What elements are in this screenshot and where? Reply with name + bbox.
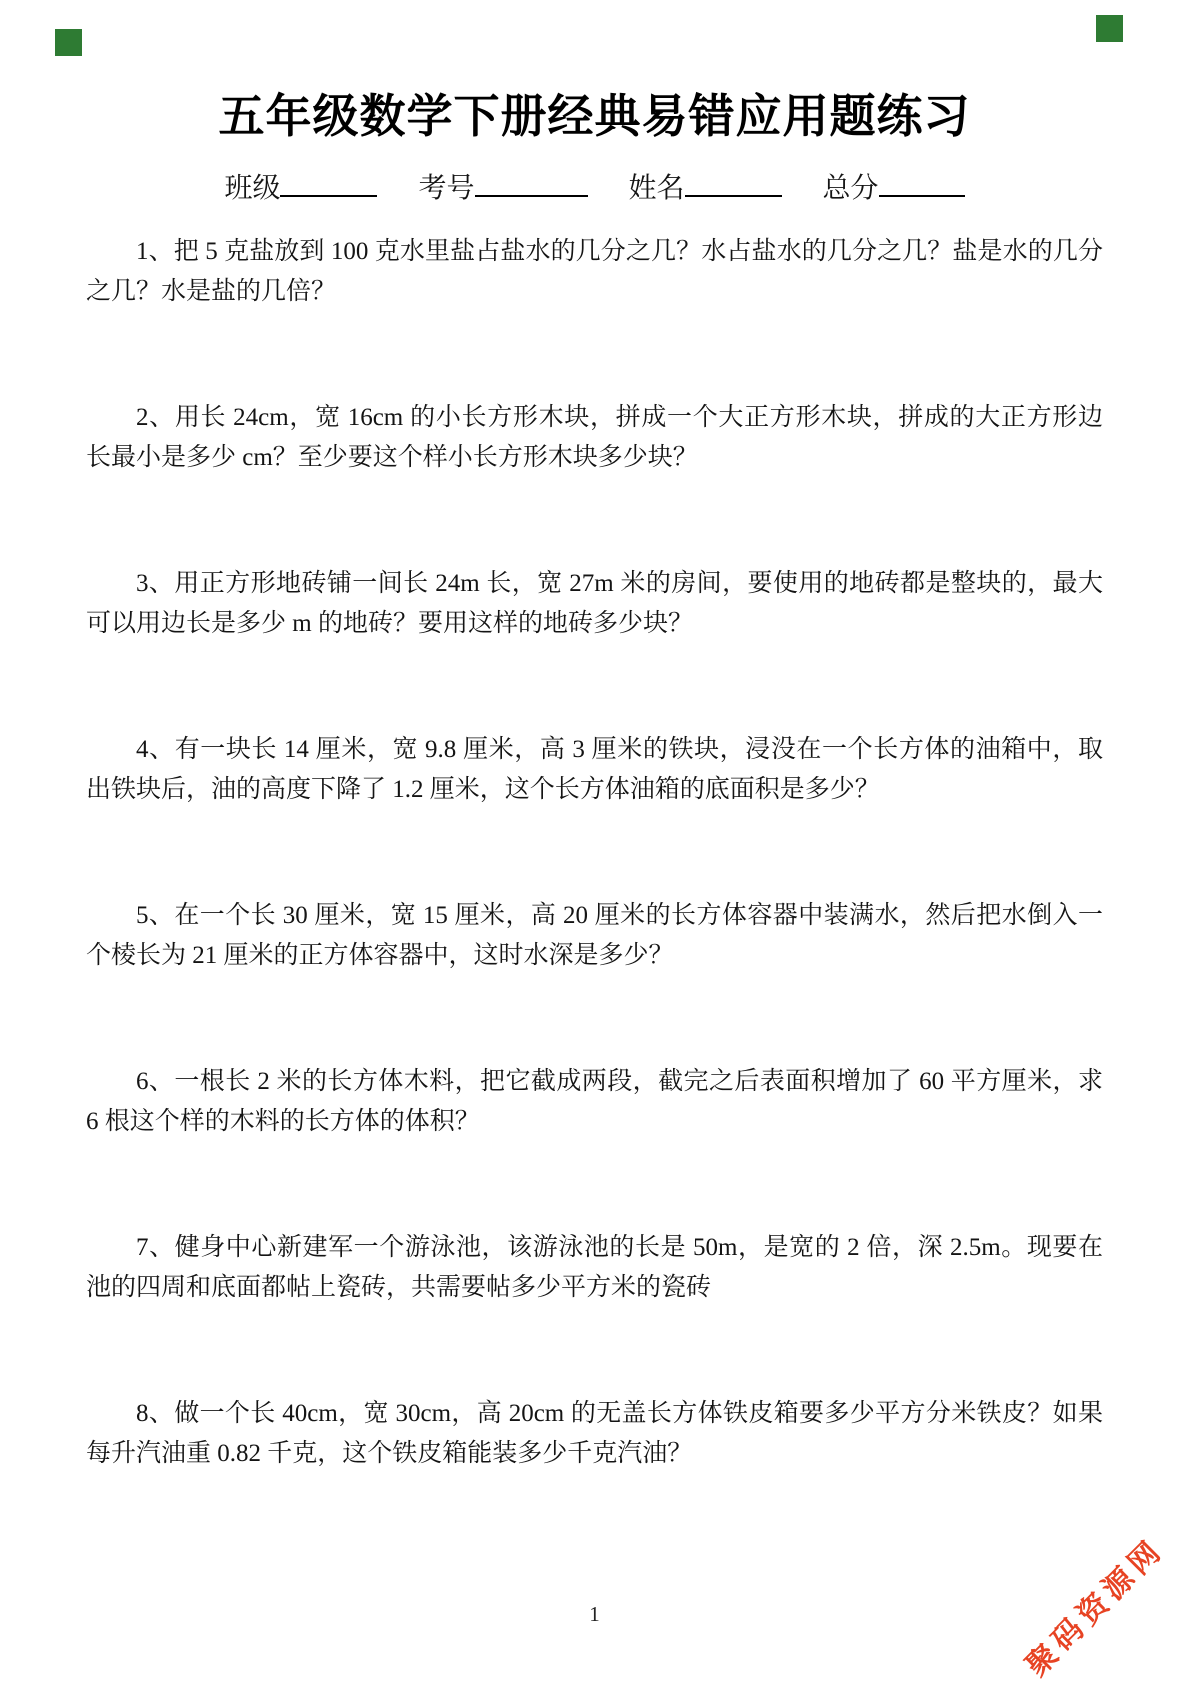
problem-6: 6、一根长 2 米的长方体木料，把它截成两段，截完之后表面积增加了 60 平方厘…	[86, 1062, 1103, 1142]
problem-2-number: 2、	[136, 404, 175, 431]
class-field: 班级	[224, 166, 377, 206]
problem-2: 2、用长 24cm，宽 16cm 的小长方形木块，拼成一个大正方形木块，拼成的大…	[86, 398, 1103, 478]
problem-8-text: 做一个长 40cm，宽 30cm，高 20cm 的无盖长方体铁皮箱要多少平方分米…	[86, 1400, 1103, 1467]
problem-3: 3、用正方形地砖铺一间长 24m 长，宽 27m 米的房间，要使用的地砖都是整块…	[86, 564, 1103, 644]
total-score-field-blank	[879, 166, 965, 197]
problem-5-number: 5、	[136, 902, 174, 929]
problem-list: 1、把 5 克盐放到 100 克水里盐占盐水的几分之几？水占盐水的几分之几？盐是…	[0, 206, 1189, 1474]
problem-7-number: 7、	[136, 1234, 175, 1261]
problem-5: 5、在一个长 30 厘米，宽 15 厘米，高 20 厘米的长方体容器中装满水，然…	[86, 896, 1103, 976]
class-field-label: 班级	[224, 166, 280, 206]
problem-3-number: 3、	[136, 570, 174, 597]
problem-8: 8、做一个长 40cm，宽 30cm，高 20cm 的无盖长方体铁皮箱要多少平方…	[86, 1394, 1103, 1474]
total-score-field: 总分	[823, 166, 965, 206]
problem-4-text: 有一块长 14 厘米，宽 9.8 厘米，高 3 厘米的铁块，浸没在一个长方体的油…	[86, 736, 1103, 803]
problem-5-text: 在一个长 30 厘米，宽 15 厘米，高 20 厘米的长方体容器中装满水，然后把…	[86, 902, 1103, 969]
problem-2-text: 用长 24cm，宽 16cm 的小长方形木块，拼成一个大正方形木块，拼成的大正方…	[86, 404, 1103, 471]
student-info-row: 班级 考号 姓名 总分	[0, 166, 1189, 206]
problem-6-number: 6、	[136, 1068, 174, 1095]
exam-number-field-label: 考号	[418, 166, 474, 206]
exam-number-field: 考号	[418, 166, 587, 206]
page-title: 五年级数学下册经典易错应用题练习	[0, 0, 1189, 146]
problem-4-number: 4、	[136, 736, 175, 763]
total-score-field-label: 总分	[823, 166, 879, 206]
exam-number-field-blank	[475, 166, 588, 197]
name-field: 姓名	[629, 166, 782, 206]
problem-6-text: 一根长 2 米的长方体木料，把它截成两段，截完之后表面积增加了 60 平方厘米，…	[86, 1068, 1103, 1135]
page-number: 1	[0, 1602, 1189, 1627]
problem-4: 4、有一块长 14 厘米，宽 9.8 厘米，高 3 厘米的铁块，浸没在一个长方体…	[86, 730, 1103, 810]
problem-1-number: 1、	[136, 238, 174, 265]
problem-1-text: 把 5 克盐放到 100 克水里盐占盐水的几分之几？水占盐水的几分之几？盐是水的…	[86, 238, 1103, 305]
class-field-blank	[280, 166, 377, 197]
problem-7: 7、健身中心新建军一个游泳池，该游泳池的长是 50m，是宽的 2 倍，深 2.5…	[86, 1228, 1103, 1308]
worksheet-page: { "page": { "title": "五年级数学下册经典易错应用题练习",…	[0, 0, 1189, 1682]
green-corner-mark-left	[55, 29, 82, 56]
problem-7-text: 健身中心新建军一个游泳池，该游泳池的长是 50m，是宽的 2 倍，深 2.5m。…	[86, 1234, 1103, 1301]
green-corner-mark-right	[1096, 15, 1123, 42]
problem-1: 1、把 5 克盐放到 100 克水里盐占盐水的几分之几？水占盐水的几分之几？盐是…	[86, 232, 1103, 312]
problem-8-number: 8、	[136, 1400, 174, 1427]
name-field-blank	[685, 166, 782, 197]
name-field-label: 姓名	[629, 166, 685, 206]
problem-3-text: 用正方形地砖铺一间长 24m 长，宽 27m 米的房间，要使用的地砖都是整块的，…	[86, 570, 1103, 637]
